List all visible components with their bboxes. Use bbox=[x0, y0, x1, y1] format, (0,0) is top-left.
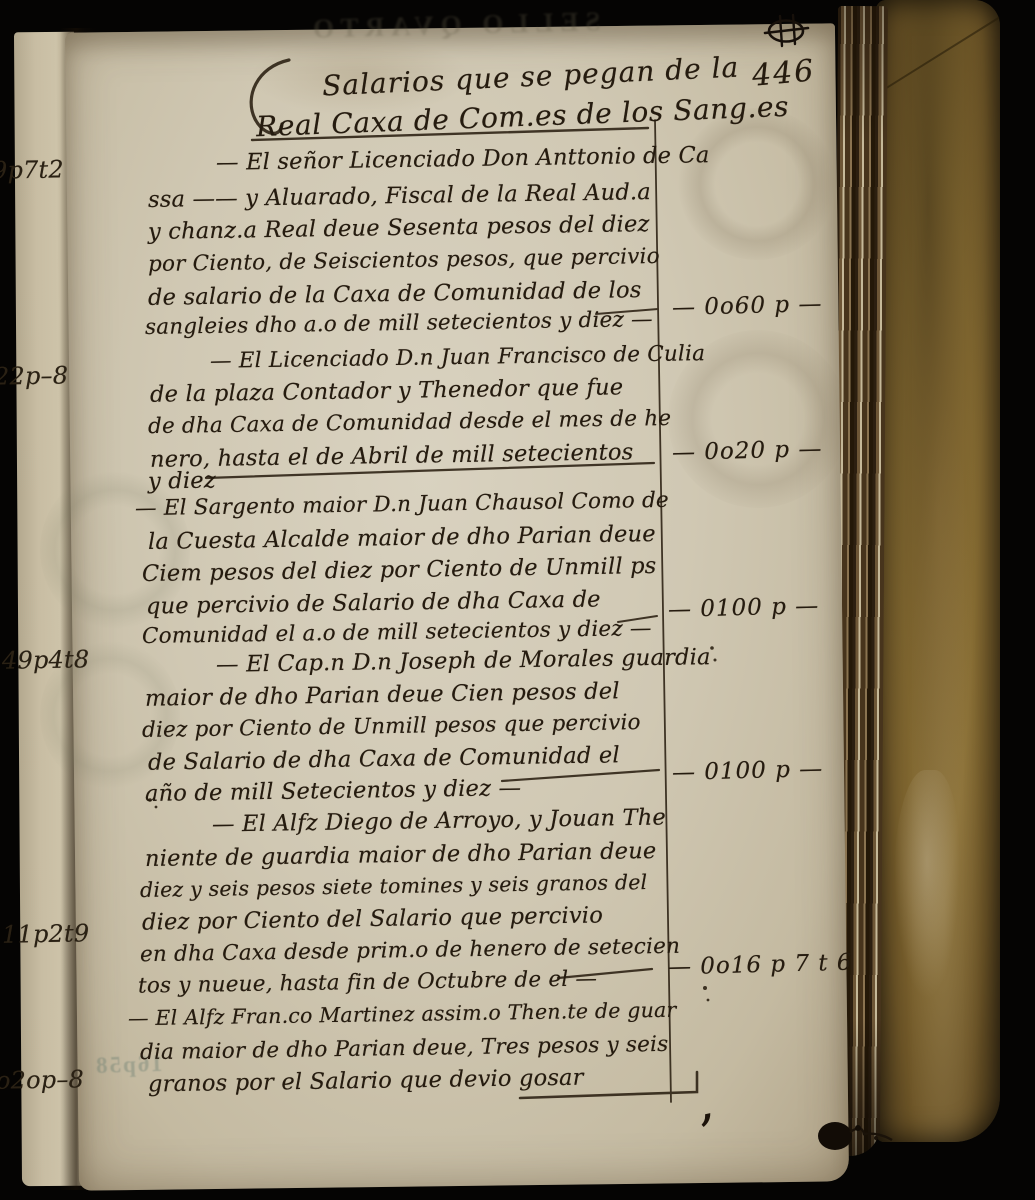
margin-fragment: 22p–8 bbox=[0, 361, 68, 390]
manuscript-photo: SELLO QVARTO 16p58 bbox=[0, 0, 1035, 1200]
margin-fragment: 9p7t2 bbox=[0, 155, 64, 184]
margin-fragment: o2op–8 bbox=[0, 1065, 84, 1095]
folio-number: 446 bbox=[751, 53, 817, 93]
margin-fragment: 11p2t9 bbox=[2, 919, 90, 949]
margin-fragment: 49p4t8 bbox=[2, 645, 90, 675]
parchment-cover bbox=[876, 0, 1000, 1142]
amount: — 0100 p — bbox=[672, 756, 824, 786]
amount: — 0100 p — bbox=[668, 593, 820, 623]
amount: — 0o20 p — bbox=[672, 436, 823, 466]
amount: — 0o16 p 7 t 6 bbox=[668, 950, 853, 981]
entry-line: y diez bbox=[148, 467, 216, 494]
amount: — 0o60 p — bbox=[672, 291, 823, 321]
